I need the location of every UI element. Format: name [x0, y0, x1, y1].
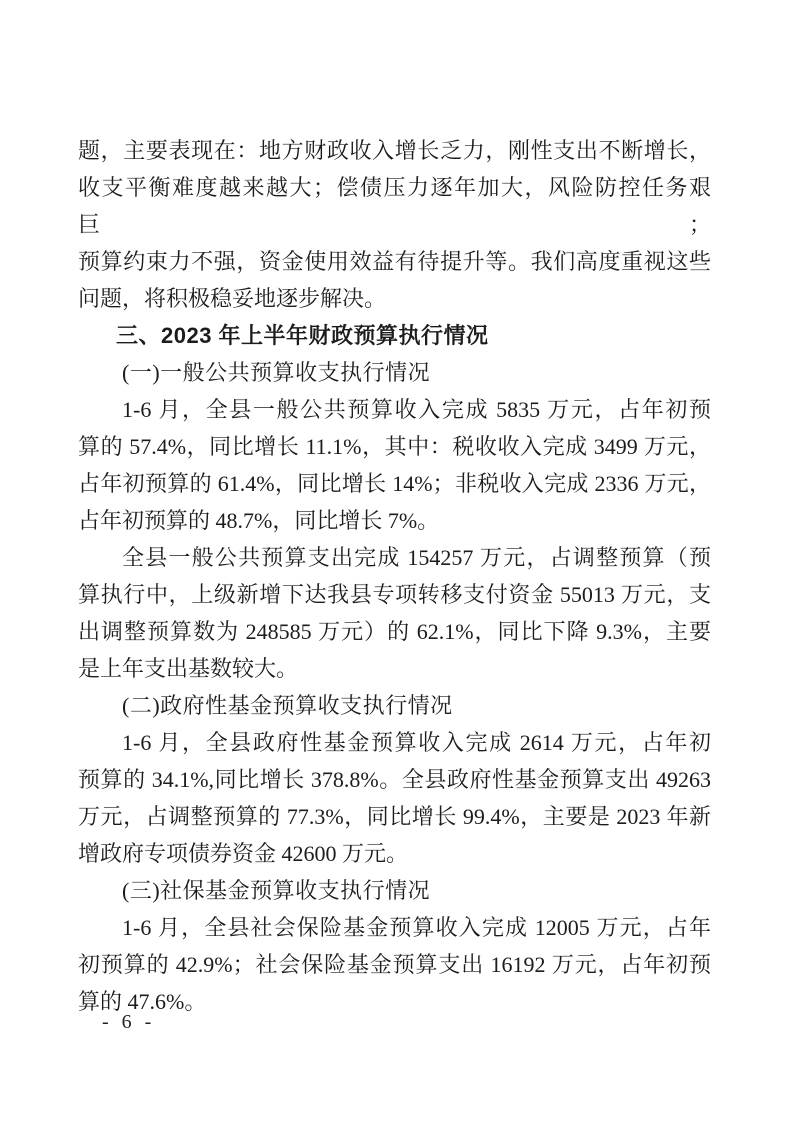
paragraph: 1-6 月，全县政府性基金预算收入完成 2614 万元，占年初预算的 34.1%…	[78, 724, 711, 872]
text-line: 全县一般公共预算支出完成 154257 万元，占调整预算（预	[78, 539, 711, 576]
text-line: 增政府专项债券资金 42600 万元。	[78, 835, 711, 872]
text-line: 算的 47.6%。	[78, 983, 711, 1020]
section-heading: 三、2023 年上半年财政预算执行情况	[78, 317, 711, 354]
text-line: 初预算的 42.9%；社会保险基金预算支出 16192 万元，占年初预	[78, 946, 711, 983]
subsection-heading: (二)政府性基金预算收支执行情况	[78, 687, 711, 724]
document-body: 题，主要表现在：地方财政收入增长乏力，刚性支出不断增长，收支平衡难度越来越大；偿…	[78, 132, 711, 1020]
text-line: 出调整预算数为 248585 万元）的 62.1%，同比下降 9.3%，主要	[78, 613, 711, 650]
text-line: 题，主要表现在：地方财政收入增长乏力，刚性支出不断增长，	[78, 132, 711, 169]
text-line: 1-6 月，全县政府性基金预算收入完成 2614 万元，占年初	[78, 724, 711, 761]
subsection-heading: (三)社保基金预算收支执行情况	[78, 872, 711, 909]
text-line: 算执行中，上级新增下达我县专项转移支付资金 55013 万元，支	[78, 576, 711, 613]
text-line: 1-6 月，全县社会保险基金预算收入完成 12005 万元，占年	[78, 909, 711, 946]
text-line: 预算的 34.1%,同比增长 378.8%。全县政府性基金预算支出 49263	[78, 761, 711, 798]
document-page: 题，主要表现在：地方财政收入增长乏力，刚性支出不断增长，收支平衡难度越来越大；偿…	[0, 0, 793, 1122]
paragraph: 全县一般公共预算支出完成 154257 万元，占调整预算（预算执行中，上级新增下…	[78, 539, 711, 687]
text-line: 是上年支出基数较大。	[78, 650, 711, 687]
text-line: 占年初预算的 61.4%，同比增长 14%；非税收入完成 2336 万元，	[78, 465, 711, 502]
subsection-heading: (一)一般公共预算收支执行情况	[78, 354, 711, 391]
text-line: 收支平衡难度越来越大；偿债压力逐年加大，风险防控任务艰巨；	[78, 169, 711, 243]
text-line: 算的 57.4%，同比增长 11.1%，其中：税收收入完成 3499 万元，	[78, 428, 711, 465]
page-number: - 6 -	[102, 1010, 155, 1034]
paragraph: 1-6 月，全县社会保险基金预算收入完成 12005 万元，占年初预算的 42.…	[78, 909, 711, 1020]
paragraph: 1-6 月，全县一般公共预算收入完成 5835 万元，占年初预算的 57.4%，…	[78, 391, 711, 539]
text-line: 问题，将积极稳妥地逐步解决。	[78, 280, 711, 317]
paragraph: 题，主要表现在：地方财政收入增长乏力，刚性支出不断增长，收支平衡难度越来越大；偿…	[78, 132, 711, 317]
text-line: 1-6 月，全县一般公共预算收入完成 5835 万元，占年初预	[78, 391, 711, 428]
text-line: 预算约束力不强，资金使用效益有待提升等。我们高度重视这些	[78, 243, 711, 280]
text-line: 占年初预算的 48.7%，同比增长 7%。	[78, 502, 711, 539]
text-line: 万元，占调整预算的 77.3%，同比增长 99.4%，主要是 2023 年新	[78, 798, 711, 835]
